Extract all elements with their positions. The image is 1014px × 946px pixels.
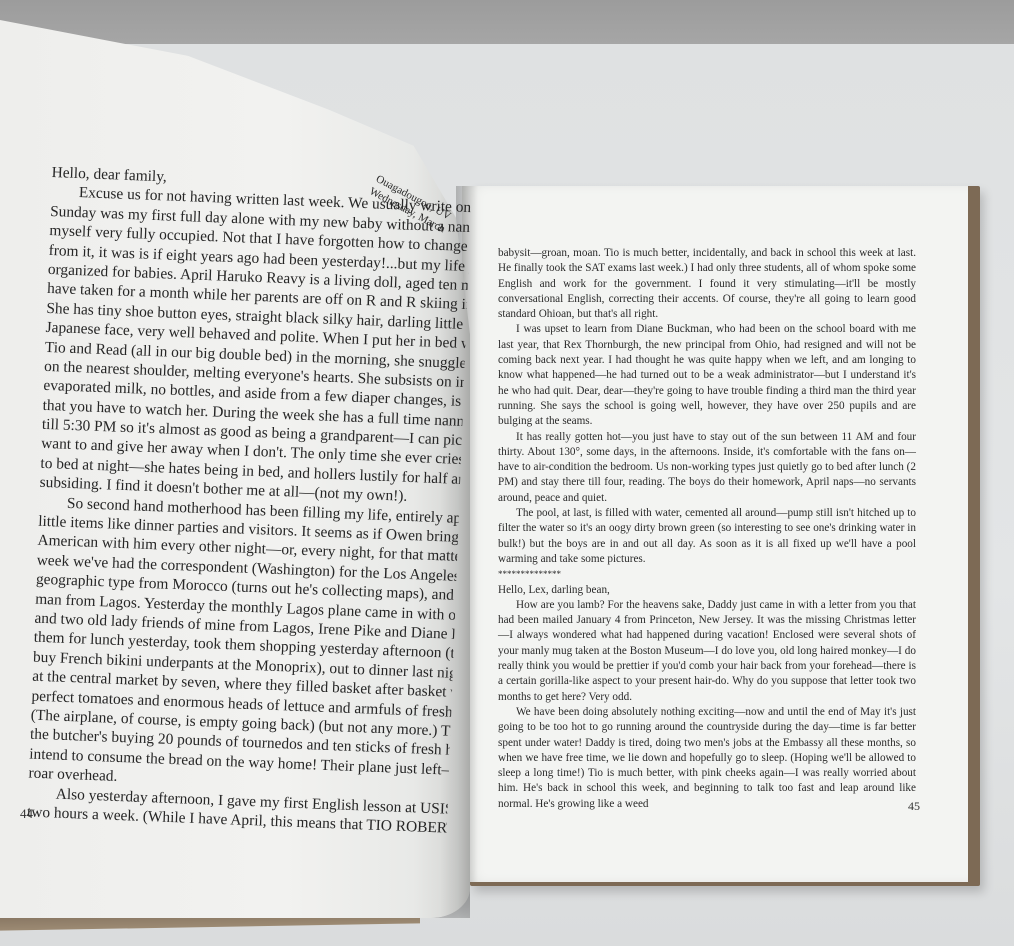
- paragraph: babysit—groan, moan. Tio is much better,…: [498, 246, 916, 322]
- paragraph: I was upset to learn from Diane Buckman,…: [498, 322, 916, 429]
- page-number-left: 44: [20, 806, 33, 822]
- letter-salutation: Hello, Lex, darling bean,: [498, 583, 916, 598]
- right-page-body: babysit—groan, moan. Tio is much better,…: [498, 246, 916, 812]
- section-separator: **************: [498, 567, 916, 582]
- right-page: babysit—groan, moan. Tio is much better,…: [462, 186, 968, 882]
- left-page-body: Hello, dear family, Excuse us for not ha…: [27, 163, 472, 838]
- paragraph: We have been doing absolutely nothing ex…: [498, 705, 916, 812]
- paragraph: How are you lamb? For the heavens sake, …: [498, 598, 916, 705]
- paragraph: It has really gotten hot—you just have t…: [498, 430, 916, 506]
- page-number-right: 45: [908, 799, 920, 814]
- paragraph: The pool, at last, is filled with water,…: [498, 506, 916, 567]
